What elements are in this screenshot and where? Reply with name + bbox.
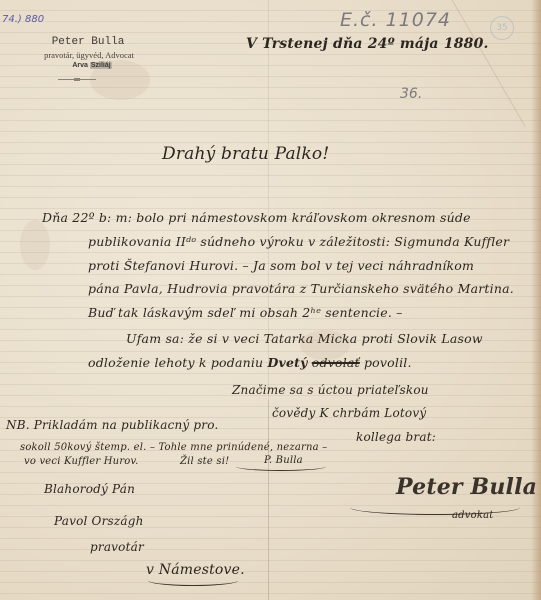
letterhead-place-prefix: Arva <box>72 62 88 69</box>
archive-note-blue: 74.) 880 <box>2 14 44 25</box>
inserted-word: Dvetý <box>268 355 308 370</box>
closing-line: Značime sa s úctou priateľskou <box>232 383 429 397</box>
body-line: Buď tak láskavým sdeľ mi obsah 2ʰᵉ sente… <box>88 305 403 320</box>
letter-page: 74.) 880 E.č. 11074 36. 35 Peter Bulla p… <box>0 0 541 600</box>
signature: Peter Bulla <box>396 474 537 500</box>
letterhead-name: Peter Bulla <box>0 36 158 48</box>
letterhead-place-box: Sziliáj <box>90 62 112 69</box>
address-flourish <box>148 575 238 586</box>
closing-line: kollega brat: <box>356 430 436 444</box>
salutation: Drahý bratu Palko! <box>162 144 329 164</box>
postscript-line: sokoll 50kový štemp. el. – Tohle mne pri… <box>20 442 327 453</box>
letterhead-place: Arva Sziliáj <box>0 62 162 69</box>
struck-word: odvolať <box>312 355 360 370</box>
postscript-nb: NB. Prikladám na publikacný pro. <box>6 418 218 432</box>
archive-stamp-circle: 35 <box>490 16 514 40</box>
diagonal-crease <box>440 0 526 127</box>
fold-crease-lower <box>268 400 269 600</box>
dateline: V Trstenej dňa 24º mája 1880. <box>246 36 489 52</box>
postscript-line: vo veci Kuffler Hurov. <box>24 456 139 467</box>
body-line-with-correction: odloženie lehoty k podaniu Dvetý odvolať… <box>88 355 412 370</box>
postscript-flourish <box>236 462 326 471</box>
body-line: publikovania IIᵈᵒ súdneho výroku v zálež… <box>88 234 509 249</box>
body-line: pána Pavla, Hudrovia pravotára z Turčian… <box>88 281 514 296</box>
signature-flourish <box>350 500 520 515</box>
body-line-text: odloženie lehoty k podaniu <box>88 355 263 370</box>
address-title: pravotár <box>90 540 144 554</box>
closing-line: čovědy K chrbám Lotový <box>272 406 426 420</box>
body-line: proti Štefanovi Hurovi. – Ja som bol v t… <box>88 258 474 273</box>
catalog-number: E.č. 11074 <box>340 9 451 31</box>
address-name: Pavol Országh <box>54 514 144 528</box>
postscript-aside: Žil ste si! <box>180 456 229 467</box>
body-line: Ufam sa: že si v veci Tatarka Micka prot… <box>126 331 483 346</box>
body-line: Dňa 22º b: m: bolo pri námestovskom kráľ… <box>42 210 471 225</box>
letterhead-title: pravotár, ügyvéd, Advocat <box>0 50 164 60</box>
page-number: 36. <box>400 86 422 102</box>
signature-title: advokat <box>452 510 493 521</box>
address-greeting: Blahorodý Pán <box>44 482 135 496</box>
letterhead-ornament <box>58 79 96 80</box>
body-line-end: povolil. <box>364 355 412 370</box>
paper-stain <box>20 220 50 270</box>
paper-edge-stain <box>531 0 541 600</box>
